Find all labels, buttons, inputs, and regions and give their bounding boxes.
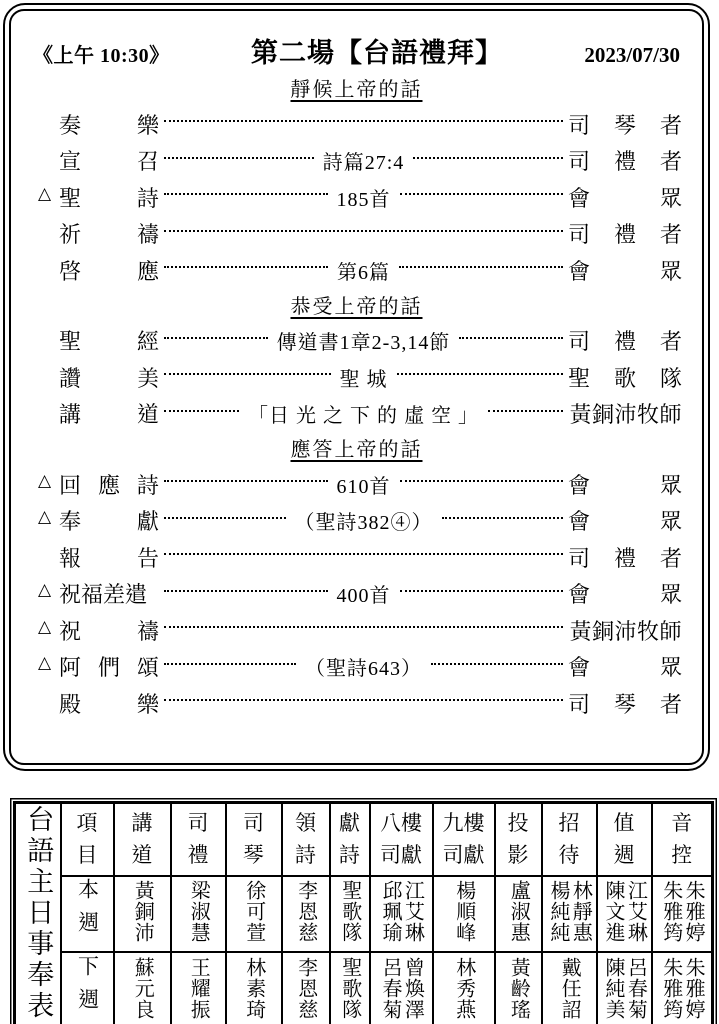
duty-cell: 朱雅婷 朱雅筠 [652, 876, 713, 953]
triangle-icon: △ [38, 654, 51, 671]
label-char: 祈 [59, 218, 81, 249]
section-heading: 應答上帝的話 [29, 437, 684, 463]
program-item-assignee: 司琴者 [568, 109, 682, 140]
assignee-char: 眾 [660, 505, 682, 536]
dotted-leader [400, 193, 564, 195]
program-row: 奏樂司琴者 [29, 106, 684, 143]
label-char: 禱 [137, 615, 159, 646]
dotted-leader [431, 663, 563, 665]
duty-cell-names: 戴任詔 [558, 957, 580, 1020]
program-item-label: △聖詩 [59, 182, 159, 213]
section-heading: 恭受上帝的話 [29, 294, 684, 320]
duty-cell: 黃銅沛 [114, 876, 171, 953]
duty-cell-names: 曾煥澤 呂春菊 [379, 957, 424, 1020]
program-item-label: 啓應 [59, 255, 159, 286]
dotted-leader [164, 157, 314, 159]
duty-column-header: 音 控 [652, 803, 713, 876]
program-item-assignee: 司禮者 [568, 325, 682, 356]
assignee-char: 琴 [614, 688, 636, 719]
label-char: 們 [98, 651, 120, 682]
program-item-assignee: 聖歌隊 [568, 362, 682, 393]
duty-cell: 李恩慈 [282, 876, 330, 953]
assignee-char: 聖 [568, 362, 590, 393]
program-item-content: 聖 城 [336, 363, 392, 392]
dotted-leader [164, 230, 563, 232]
duty-cell: 林秀燕 [433, 952, 495, 1024]
triangle-icon: △ [38, 581, 51, 598]
duty-table-title-cell: 台語主日事奉表 [15, 803, 61, 1024]
program-row: 啓應第6篇會眾 [29, 252, 684, 289]
duty-cell-names: 林靜惠 楊純純 [547, 880, 592, 943]
duty-column-header: 獻 詩 [330, 803, 370, 876]
label-char: 召 [137, 145, 159, 176]
label-char: 回 [59, 469, 81, 500]
label-char: 告 [137, 542, 159, 573]
assignee-char: 歌 [614, 362, 636, 393]
program-item-label: △祝福差遣 [59, 578, 159, 609]
assignee-char: 會 [568, 578, 590, 609]
duty-cell-names: 林素琦 [242, 957, 264, 1020]
program-item-label: 報告 [59, 542, 159, 573]
program-row: △回應詩610首會眾 [29, 466, 684, 503]
program-item-assignee: 司禮者 [568, 145, 682, 176]
label-char: 聖 [59, 182, 81, 213]
label-char: 詩 [137, 182, 159, 213]
assignee-char: 會 [568, 651, 590, 682]
dotted-leader [164, 699, 563, 701]
assignee-char: 眾 [660, 651, 682, 682]
program-item-assignee: 司禮者 [568, 218, 682, 249]
program-row: △阿們頌（聖詩643）會眾 [29, 649, 684, 686]
dotted-leader [164, 663, 296, 665]
program-item-assignee: 司禮者 [568, 542, 682, 573]
program-item-assignee: 會眾 [568, 578, 682, 609]
assignee-char: 禮 [614, 542, 636, 573]
duty-cell-names: 楊順峰 [452, 880, 474, 943]
duty-cell: 聖歌隊 [330, 952, 370, 1024]
dotted-leader [442, 517, 564, 519]
duty-column-header: 投 影 [495, 803, 542, 876]
label-char: 應 [98, 469, 120, 500]
duty-cell-names: 李恩慈 [294, 957, 316, 1020]
duty-cell: 戴任詔 [542, 952, 597, 1024]
assignee-char: 司 [568, 218, 590, 249]
duty-cell-names: 朱雅婷 朱雅筠 [659, 957, 704, 1020]
duty-cell: 朱雅婷 朱雅筠 [652, 952, 713, 1024]
duty-cell-names: 梁淑慧 [187, 880, 209, 943]
program-item-label: 祈禱 [59, 218, 159, 249]
duty-column-header: 值 週 [597, 803, 652, 876]
assignee-char: 眾 [660, 578, 682, 609]
assignee-char: 者 [660, 218, 682, 249]
program-row: △奉獻（聖詩382④）會眾 [29, 503, 684, 540]
program-item-label: △回應詩 [59, 469, 159, 500]
duty-cell-names: 江艾琳 陳文進 [602, 880, 647, 943]
duty-cell-names: 黃銅沛 [131, 880, 153, 943]
assignee-char: 會 [568, 182, 590, 213]
duty-table-header-row: 台語主日事奉表項 目講 道司 禮司 琴領 詩獻 詩八樓 司獻九樓 司獻投 影招 … [15, 803, 713, 876]
duty-cell: 呂春菊 陳純美 [597, 952, 652, 1024]
duty-cell-names: 王耀振 [187, 957, 209, 1020]
service-date: 2023/07/30 [584, 43, 680, 68]
program-sections: 靜候上帝的話奏樂司琴者宣召詩篇27:4司禮者△聖詩185首會眾祈禱司禮者啓應第6… [29, 77, 684, 722]
program-item-content: （聖詩382④） [291, 506, 437, 535]
duty-column-header: 項 目 [61, 803, 114, 876]
service-time: 《上午 10:30》 [33, 39, 170, 68]
dotted-leader [397, 373, 564, 375]
assignee-char: 會 [568, 505, 590, 536]
program-row: 讚美聖 城聖歌隊 [29, 359, 684, 396]
assignee-char: 眾 [660, 469, 682, 500]
duty-cell: 黃齡瑤 [495, 952, 542, 1024]
duty-column-header: 九樓 司獻 [433, 803, 495, 876]
assignee-char: 眾 [660, 182, 682, 213]
label-char: 奏 [59, 109, 81, 140]
duty-cell-names: 徐可萱 [242, 880, 264, 943]
duty-table-row: 本週黃銅沛梁淑慧徐可萱李恩慈聖歌隊江艾琳 邱珮瑜楊順峰盧淑惠林靜惠 楊純純江艾琳… [15, 876, 713, 953]
program-item-label: △奉獻 [59, 505, 159, 536]
program-item-assignee: 司琴者 [568, 688, 682, 719]
duty-cell: 蘇元良 [114, 952, 171, 1024]
label-char: 頌 [137, 651, 159, 682]
label-char: 啓 [59, 255, 81, 286]
assignee-char: 眾 [660, 255, 682, 286]
dotted-leader [164, 373, 331, 375]
dotted-leader [399, 266, 563, 268]
duty-cell-names: 呂春菊 陳純美 [602, 957, 647, 1020]
assignee-char: 禮 [614, 325, 636, 356]
duty-row-label-text: 本週 [77, 878, 98, 944]
assignee-char: 司 [568, 542, 590, 573]
duty-cell-names: 聖歌隊 [338, 957, 360, 1020]
dotted-leader [164, 120, 563, 122]
program-row: 宣召詩篇27:4司禮者 [29, 143, 684, 180]
program-item-content: 第6篇 [333, 256, 394, 285]
duty-column-header: 八樓 司獻 [370, 803, 433, 876]
program-item-label: 讚美 [59, 362, 159, 393]
label-char: 經 [137, 325, 159, 356]
duty-column-header: 司 琴 [226, 803, 282, 876]
label-char: 應 [137, 255, 159, 286]
assignee-char: 者 [660, 109, 682, 140]
program-item-label: 殿樂 [59, 688, 159, 719]
duty-table-title: 台語主日事奉表 [24, 805, 51, 1022]
program-item-content: 185首 [333, 183, 395, 212]
program-row: △祝福差遣400首會眾 [29, 576, 684, 613]
duty-table-row: 下週蘇元良王耀振林素琦李恩慈聖歌隊曾煥澤 呂春菊林秀燕黃齡瑤戴任詔呂春菊 陳純美… [15, 952, 713, 1024]
assignee-char: 會 [568, 255, 590, 286]
duty-table-wrap: 台語主日事奉表項 目講 道司 禮司 琴領 詩獻 詩八樓 司獻九樓 司獻投 影招 … [13, 801, 706, 1024]
label-char: 美 [137, 362, 159, 393]
program-item-content: 400首 [333, 579, 395, 608]
assignee-char: 會 [568, 469, 590, 500]
program-header: 《上午 10:30》 第二場【台語禮拜】 2023/07/30 [29, 25, 684, 72]
program-item-content: 610首 [333, 470, 395, 499]
dotted-leader [164, 553, 563, 555]
assignee-char: 黃銅沛牧師 [569, 398, 682, 429]
duty-column-header: 講 道 [114, 803, 171, 876]
duty-cell: 林素琦 [226, 952, 282, 1024]
duty-column-header: 招 待 [542, 803, 597, 876]
dotted-leader [164, 626, 563, 628]
program-item-content: 詩篇27:4 [319, 146, 409, 175]
label-char: 宣 [59, 145, 81, 176]
duty-row-label: 本週 [61, 876, 114, 953]
program-item-label: 宣召 [59, 145, 159, 176]
assignee-char: 琴 [614, 109, 636, 140]
assignee-char: 者 [660, 325, 682, 356]
duty-row-label: 下週 [61, 952, 114, 1024]
duty-column-header: 司 禮 [171, 803, 226, 876]
assignee-char: 司 [568, 145, 590, 176]
program-row: △聖詩185首會眾 [29, 179, 684, 216]
program-item-assignee: 會眾 [568, 182, 682, 213]
program-item-assignee: 會眾 [568, 505, 682, 536]
program-item-content: 「日 光 之 下 的 虛 空 」 [244, 399, 483, 428]
program-row: 殿樂司琴者 [29, 685, 684, 722]
program-row: 祈禱司禮者 [29, 216, 684, 253]
program-item-assignee: 會眾 [568, 469, 682, 500]
dotted-leader [164, 266, 328, 268]
program-box-inner: 《上午 10:30》 第二場【台語禮拜】 2023/07/30 靜候上帝的話奏樂… [9, 9, 704, 765]
triangle-icon: △ [38, 618, 51, 635]
program-row: 聖經傳道書1章2-3,14節司禮者 [29, 323, 684, 360]
program-row: △祝禱黃銅沛牧師 [29, 612, 684, 649]
triangle-icon: △ [38, 185, 51, 202]
duty-row-label-text: 下週 [77, 955, 98, 1021]
assignee-char: 禮 [614, 218, 636, 249]
label-char: 阿 [59, 651, 81, 682]
program-item-label: 講道 [59, 398, 159, 429]
duty-cell-names: 蘇元良 [131, 957, 153, 1020]
label-char: 讚 [59, 362, 81, 393]
label-char: 獻 [137, 505, 159, 536]
label-char: 講 [59, 398, 81, 429]
duty-cell-names: 盧淑惠 [507, 880, 529, 943]
label-char: 詩 [137, 469, 159, 500]
program-item-content: 傳道書1章2-3,14節 [273, 326, 455, 355]
dotted-leader [164, 193, 328, 195]
program-box: 《上午 10:30》 第二場【台語禮拜】 2023/07/30 靜候上帝的話奏樂… [3, 3, 710, 771]
duty-table: 台語主日事奉表項 目講 道司 禮司 琴領 詩獻 詩八樓 司獻九樓 司獻投 影招 … [13, 801, 714, 1024]
duty-cell: 王耀振 [171, 952, 226, 1024]
label-char: 奉 [59, 505, 81, 536]
dotted-leader [164, 410, 239, 412]
duty-cell: 盧淑惠 [495, 876, 542, 953]
program-item-assignee: 黃銅沛牧師 [568, 615, 682, 646]
assignee-char: 司 [568, 109, 590, 140]
assignee-char: 司 [568, 688, 590, 719]
dotted-leader [400, 480, 564, 482]
section-heading: 靜候上帝的話 [29, 77, 684, 103]
assignee-char: 者 [660, 688, 682, 719]
duty-cell: 聖歌隊 [330, 876, 370, 953]
assignee-char: 者 [660, 145, 682, 176]
assignee-char: 者 [660, 542, 682, 573]
duty-cell-names: 聖歌隊 [338, 880, 360, 943]
program-row: 報告司禮者 [29, 539, 684, 576]
dotted-leader [488, 410, 563, 412]
label-char: 樂 [137, 688, 159, 719]
page-title: 第二場【台語禮拜】 [251, 31, 503, 70]
program-item-assignee: 會眾 [568, 255, 682, 286]
duty-cell-names: 林秀燕 [452, 957, 474, 1020]
dotted-leader [459, 337, 563, 339]
duty-cell: 曾煥澤 呂春菊 [370, 952, 433, 1024]
label-char: 祝 [59, 615, 81, 646]
label-char: 道 [137, 398, 159, 429]
dotted-leader [164, 337, 268, 339]
label-char: 樂 [137, 109, 159, 140]
duty-cell-names: 黃齡瑤 [507, 957, 529, 1020]
label-char: 祝福差遣 [59, 578, 147, 609]
label-char: 殿 [59, 688, 81, 719]
dotted-leader [400, 590, 564, 592]
program-item-assignee: 會眾 [568, 651, 682, 682]
label-char: 聖 [59, 325, 81, 356]
assignee-char: 隊 [660, 362, 682, 393]
duty-cell: 徐可萱 [226, 876, 282, 953]
program-item-label: 聖經 [59, 325, 159, 356]
duty-cell: 楊順峰 [433, 876, 495, 953]
dotted-leader [164, 480, 328, 482]
program-item-label: 奏樂 [59, 109, 159, 140]
duty-cell-names: 李恩慈 [294, 880, 316, 943]
dotted-leader [164, 590, 328, 592]
program-item-label: △祝禱 [59, 615, 159, 646]
dotted-leader [164, 517, 286, 519]
program-row: 講道「日 光 之 下 的 虛 空 」黃銅沛牧師 [29, 396, 684, 433]
assignee-char: 黃銅沛牧師 [569, 615, 682, 646]
program-item-label: △阿們頌 [59, 651, 159, 682]
triangle-icon: △ [38, 472, 51, 489]
duty-cell: 李恩慈 [282, 952, 330, 1024]
assignee-char: 禮 [614, 145, 636, 176]
duty-cell: 江艾琳 邱珮瑜 [370, 876, 433, 953]
duty-cell-names: 朱雅婷 朱雅筠 [659, 880, 704, 943]
assignee-char: 司 [568, 325, 590, 356]
label-char: 禱 [137, 218, 159, 249]
duty-column-header: 領 詩 [282, 803, 330, 876]
duty-cell: 林靜惠 楊純純 [542, 876, 597, 953]
duty-cell: 江艾琳 陳文進 [597, 876, 652, 953]
label-char: 報 [59, 542, 81, 573]
program-item-assignee: 黃銅沛牧師 [568, 398, 682, 429]
triangle-icon: △ [38, 508, 51, 525]
dotted-leader [413, 157, 563, 159]
duty-cell: 梁淑慧 [171, 876, 226, 953]
program-item-content: （聖詩643） [301, 652, 426, 681]
duty-cell-names: 江艾琳 邱珮瑜 [379, 880, 424, 943]
